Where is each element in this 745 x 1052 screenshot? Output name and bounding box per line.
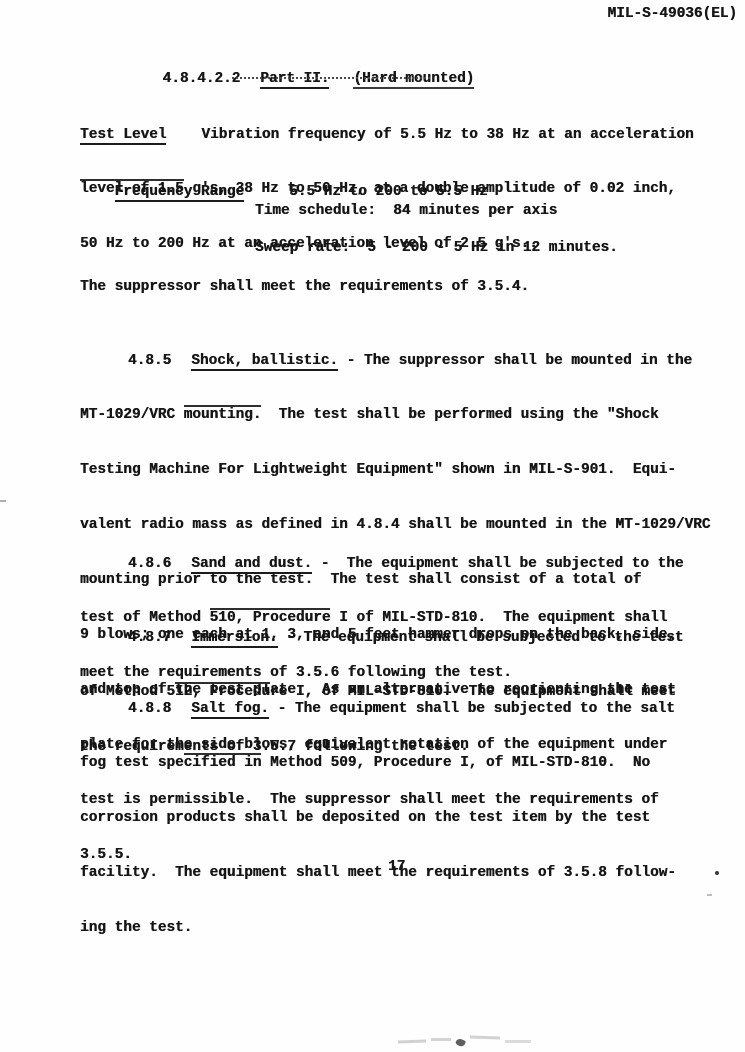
text-segment: - The suppressor shall be mounted in the: [338, 353, 692, 369]
scan-artifact-dot: [715, 871, 719, 875]
text-segment: The test shall be performed using the "S…: [261, 407, 658, 423]
text-line: 4.8.7Immersion. - The equipment shall be…: [80, 629, 683, 647]
text-line: 4.8.5Shock, ballistic. - The suppressor …: [80, 352, 710, 370]
para-4-8-8: 4.8.8Salt fog. - The equipment shall be …: [80, 663, 676, 974]
scan-artifact-smudge: [505, 1040, 531, 1043]
scan-artifact-smudge: [470, 1035, 500, 1039]
text-line: ing the test.: [80, 919, 676, 937]
text-segment: - The equipment shall be subjected to th…: [269, 701, 675, 717]
test-level-label: Test Level: [80, 127, 166, 145]
text-segment: fog test spe: [80, 755, 184, 771]
scan-artifact-smudge: [455, 1037, 466, 1047]
frequency-range-label: Frequency Range: [115, 184, 245, 202]
requirement-note: The suppressor shall meet the requiremen…: [80, 278, 529, 296]
page-number: 17: [388, 858, 405, 876]
text-line: Test LevelVibration frequency of 5.5 Hz …: [80, 126, 694, 144]
frequency-range-value: 5.5 Hz to 200 to 5.5 Hz: [289, 184, 488, 200]
text-segment: - The equipment shall be subjected to th…: [312, 556, 683, 572]
text-line: 4.8.6Sand and dust. - The equipment shal…: [80, 555, 683, 573]
scan-artifact-edge: [0, 500, 6, 502]
heading-double-underline-artifact: [232, 77, 430, 79]
scan-artifact-mark: [707, 894, 712, 896]
text-line: fog test specified in Method 509, Proced…: [80, 754, 676, 772]
text-segment: Vibration frequency of 5.5 Hz to 38 Hz a…: [201, 127, 693, 143]
text-line: corrosion products shall be deposited on…: [80, 809, 676, 827]
para-title: Sand and dust.: [191, 556, 312, 574]
text-segment: Method 509, Procedure I, of MIL-STD-810.…: [261, 755, 650, 771]
text-line: 4.8.8Salt fog. - The equipment shall be …: [80, 700, 676, 718]
scan-artifact-smudge: [398, 1040, 426, 1044]
para-title: Salt fog.: [191, 701, 269, 719]
para-number: 4.8.8: [128, 701, 171, 717]
doc-number: MIL-S-49036(EL): [607, 5, 737, 23]
scan-artifact-smudge: [431, 1038, 451, 1041]
text-segment: mounting.: [184, 405, 262, 423]
sweep-rate-line: Sweep rate: 5 - 200 - 5 Hz in 12 minutes…: [255, 239, 618, 257]
text-line: MT-1029/VRC mounting. The test shall be …: [80, 406, 710, 424]
para-number: 4.8.7: [128, 630, 171, 646]
text-segment: MT-1029/VRC: [80, 407, 184, 423]
heading-subtitle: (Hard mounted): [353, 71, 474, 89]
para-title: Shock, ballistic.: [191, 353, 338, 371]
para-title: Immersion.: [191, 630, 277, 648]
document-page: MIL-S-49036(EL) 4.8.4.2.2Part II.(Hard m…: [0, 0, 745, 1052]
heading-number: 4.8.4.2.2: [163, 71, 241, 87]
para-number: 4.8.5: [128, 353, 171, 369]
time-schedule-line: Time schedule: 84 minutes per axis: [255, 202, 557, 220]
text-line: Testing Machine For Lightweight Equipmen…: [80, 461, 710, 479]
text-segment: - The equipment shall be subjected to th…: [278, 630, 684, 646]
text-line: facility. The equipment shall meet the r…: [80, 864, 676, 882]
para-number: 4.8.6: [128, 556, 171, 572]
heading-title: Part II.: [260, 71, 329, 89]
text-segment: cified in: [184, 753, 262, 771]
